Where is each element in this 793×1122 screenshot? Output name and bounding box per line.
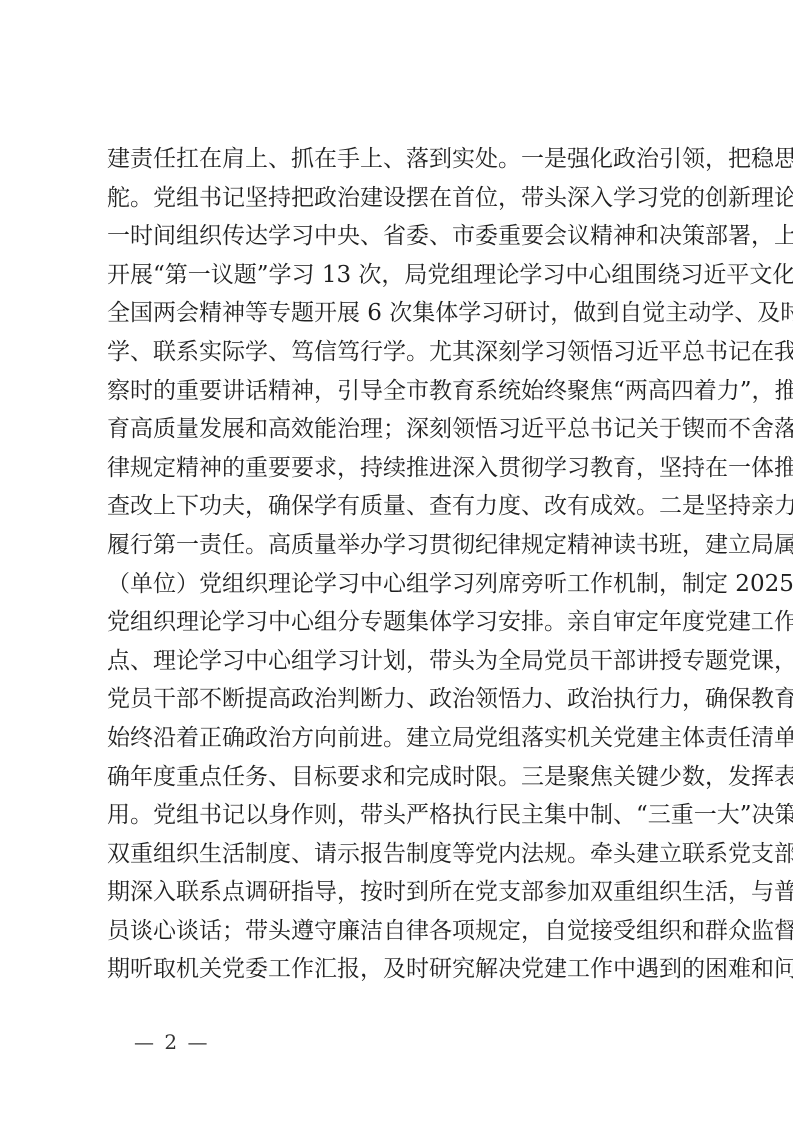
text-line: 全国两会精神等专题开展 6 次集体学习研讨，做到自觉主动学、及时跟进: [107, 294, 697, 333]
text-line: 党组织理论学习中心组分专题集体学习安排。亲自审定年度党建工作要: [107, 603, 697, 642]
body-paragraph: 建责任扛在肩上、抓在手上、落到实处。一是强化政治引领，把稳思想之 舵。党组书记坚…: [107, 140, 697, 989]
text-line: 建责任扛在肩上、抓在手上、落到实处。一是强化政治引领，把稳思想之: [107, 140, 697, 179]
text-line: 期深入联系点调研指导，按时到所在党支部参加双重组织生活，与普通党: [107, 873, 697, 912]
text-line: 期听取机关党委工作汇报，及时研究解决党建工作中遇到的困难和问题。: [107, 950, 697, 989]
text-line: 查改上下功夫，确保学有质量、查有力度、改有成效。二是坚持亲力亲为，: [107, 487, 697, 526]
text-line: 育高质量发展和高效能治理；深刻领悟习近平总书记关于锲而不舍落实纪: [107, 410, 697, 449]
text-line: 学、联系实际学、笃信笃行学。尤其深刻学习领悟习近平总书记在我省考: [107, 333, 697, 372]
text-line: 舵。党组书记坚持把政治建设摆在首位，带头深入学习党的创新理论，第: [107, 179, 697, 218]
text-line: 开展“第一议题”学习 13 次，局党组理论学习中心组围绕习近平文化思想、: [107, 256, 697, 295]
text-line: 党员干部不断提高政治判断力、政治领悟力、政治执行力，确保教育事业: [107, 680, 697, 719]
text-line: 律规定精神的重要要求，持续推进深入贯彻学习教育，坚持在一体推进学: [107, 449, 697, 488]
text-line: 用。党组书记以身作则，带头严格执行民主集中制、“三重一大”决策制度、: [107, 796, 697, 835]
page-number: — 2 —: [134, 1030, 209, 1054]
text-line: 点、理论学习中心组学习计划，带头为全局党员干部讲授专题党课，引导: [107, 642, 697, 681]
text-line: 员谈心谈话；带头遵守廉洁自律各项规定，自觉接受组织和群众监督。定: [107, 912, 697, 951]
document-page: 建责任扛在肩上、抓在手上、落到实处。一是强化政治引领，把稳思想之 舵。党组书记坚…: [0, 0, 793, 1122]
text-line: 确年度重点任务、目标要求和完成时限。三是聚焦关键少数，发挥表率作: [107, 758, 697, 797]
text-line: 察时的重要讲话精神，引导全市教育系统始终聚焦“两高四着力”，推进教: [107, 372, 697, 411]
text-line: 双重组织生活制度、请示报告制度等党内法规。牵头建立联系党支部，定: [107, 835, 697, 874]
text-line: 一时间组织传达学习中央、省委、市委重要会议精神和决策部署，上半年: [107, 217, 697, 256]
text-line: （单位）党组织理论学习中心组学习列席旁听工作机制，制定 2025 年度: [107, 565, 697, 604]
text-line: 始终沿着正确政治方向前进。建立局党组落实机关党建主体责任清单，明: [107, 719, 697, 758]
text-line: 履行第一责任。高质量举办学习贯彻纪律规定精神读书班，建立局属学校: [107, 526, 697, 565]
